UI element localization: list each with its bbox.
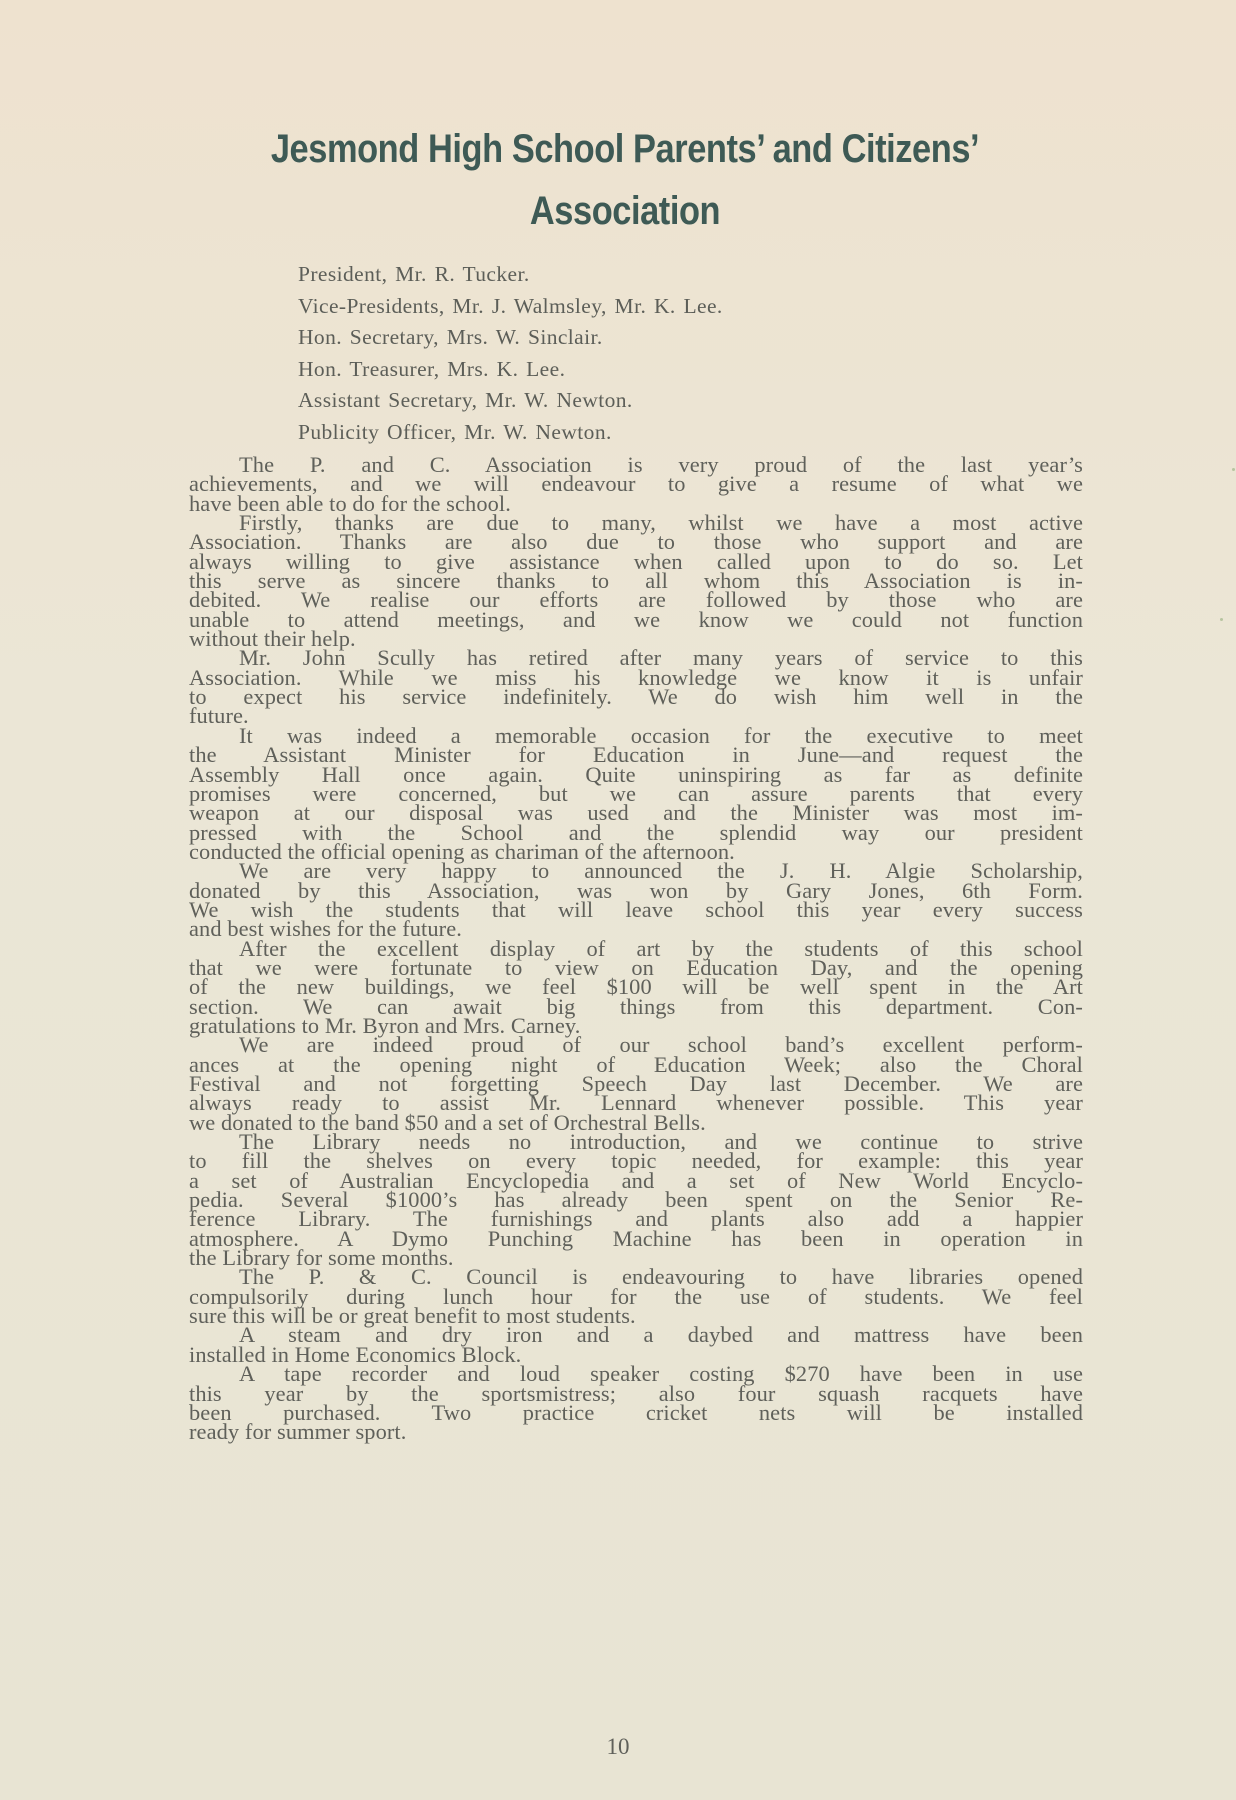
- officer-hon-secretary: Hon. Secretary, Mrs. W. Sinclair.: [298, 322, 723, 354]
- article-paragraph: The P. & C. Council is endeavouring to h…: [189, 1267, 1083, 1325]
- officer-assistant-secretary: Assistant Secretary, Mr. W. Newton.: [298, 385, 723, 417]
- document-page: Jesmond High School Parents’ and Citizen…: [0, 0, 1236, 1800]
- article-paragraph: After the excellent display of art by th…: [189, 939, 1083, 1036]
- article-paragraph: Firstly, thanks are due to many, whilst …: [189, 513, 1083, 648]
- article-paragraph: Mr. John Scully has retired after many y…: [189, 648, 1083, 725]
- article-paragraph: The Library needs no introduction, and w…: [189, 1132, 1083, 1267]
- article-paragraph: A steam and dry iron and a daybed and ma…: [189, 1325, 1083, 1364]
- paragraph-line: ready for summer sport.: [189, 1422, 1083, 1441]
- article-paragraph: It was indeed a memorable occasion for t…: [189, 726, 1083, 861]
- article-paragraph: The P. and C. Association is very proud …: [189, 455, 1083, 513]
- paper-speck: [1220, 618, 1223, 621]
- article-paragraph: We are indeed proud of our school band’s…: [189, 1035, 1083, 1132]
- paragraph-line: to expect his service indefinitely. We d…: [189, 687, 1083, 706]
- article-paragraph: We are very happy to announced the J. H.…: [189, 861, 1083, 938]
- article-body: The P. and C. Association is very proud …: [189, 455, 1083, 1442]
- article-paragraph: A tape recorder and loud speaker costing…: [189, 1364, 1083, 1441]
- officer-president: President, Mr. R. Tucker.: [298, 259, 723, 291]
- officer-hon-treasurer: Hon. Treasurer, Mrs. K. Lee.: [298, 354, 723, 386]
- officer-vice-presidents: Vice-Presidents, Mr. J. Walmsley, Mr. K.…: [298, 291, 723, 323]
- officers-list: President, Mr. R. Tucker. Vice-President…: [298, 259, 723, 448]
- page-title-line-2: Association: [217, 191, 1034, 231]
- page-title-line-1: Jesmond High School Parents’ and Citizen…: [217, 129, 1034, 169]
- paper-speck: [1232, 468, 1235, 471]
- officer-publicity: Publicity Officer, Mr. W. Newton.: [298, 417, 723, 449]
- page-number: 10: [0, 1734, 1236, 1760]
